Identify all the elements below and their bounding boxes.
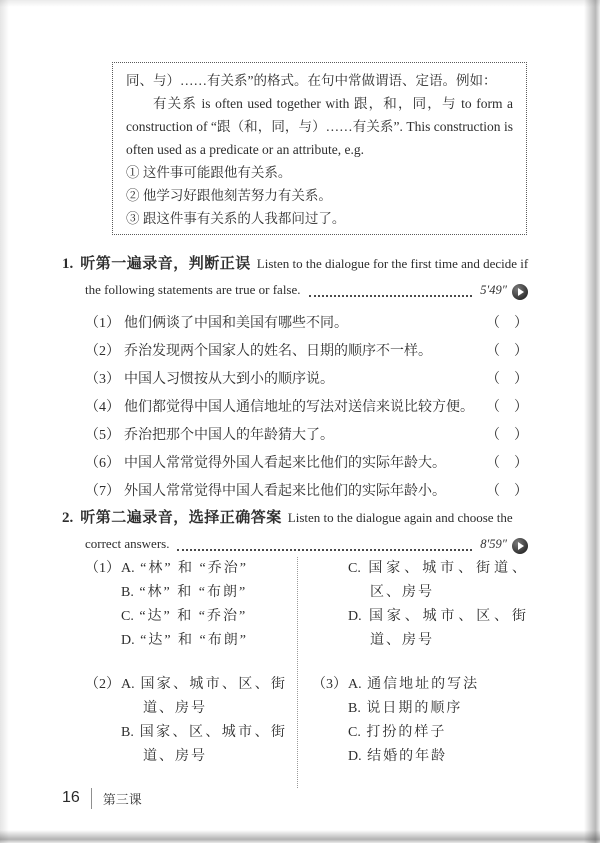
option-letter: B. (121, 725, 134, 740)
dotted-leader (177, 549, 472, 551)
statement-list: （1） 他们俩谈了中国和美国有哪些不同。 （） （2） 乔治发现两个国家人的姓名… (62, 310, 528, 506)
option-letter: C. (348, 725, 361, 740)
option-letter: B. (121, 585, 134, 600)
exercise-title-chinese: 听第一遍录音，判断正误 (80, 251, 251, 276)
answer-blank: （） (486, 338, 528, 366)
answer-blank: （） (486, 310, 528, 338)
grammar-example: ② 他学习好跟他刻苦努力有关系。 (126, 184, 513, 207)
statement-number: （2） (85, 338, 120, 366)
answer-blank: （） (486, 422, 528, 450)
page-footer: 16 第三课 (62, 785, 142, 811)
textbook-page: 同、与）……有关系”的格式。在句中常做谓语、定语。例如： 有关系 is ofte… (0, 0, 600, 843)
page-number: 16 (62, 789, 80, 807)
option-letter: A. (348, 677, 362, 692)
option-text: “林” 和 “布朗” (139, 585, 247, 600)
statement-row: （6） 中国人常常觉得外国人看起来比他们的实际年龄大。 （） (85, 450, 528, 478)
dotted-leader (309, 295, 473, 297)
choice-column-right: C. 国家、城市、街道、区、房号 D. 国家、城市、区、街道、房号 （3） A.… (298, 557, 528, 788)
grammar-note-box: 同、与）……有关系”的格式。在句中常做谓语、定语。例如： 有关系 is ofte… (112, 62, 527, 235)
statement-row: （4） 他们都觉得中国人通信地址的写法对送信来说比较方便。 （） (85, 394, 528, 422)
option-letter: C. (348, 561, 361, 576)
grammar-example: ③ 跟这件事有关系的人我都问过了。 (126, 207, 513, 230)
statement-row: （7） 外国人常常觉得中国人看起来比他们的实际年龄小。 （） (85, 478, 528, 506)
question-1: （1） A. “林” 和 “乔治” B. “林” 和 “布朗” C. “达” 和… (85, 557, 287, 653)
exercise-1-header-line2: the following statements are true or fal… (62, 277, 528, 303)
statement-text: 他们都觉得中国人通信地址的写法对送信来说比较方便。 (124, 394, 474, 422)
statement-text: 乔治把那个中国人的年龄猜大了。 (124, 422, 334, 450)
exercise-title-english-cont: the following statements are true or fal… (85, 277, 301, 302)
option-text: 通信地址的写法 (367, 677, 479, 692)
statement-number: （7） (85, 478, 120, 506)
exercise-title-english-cont: correct answers. (85, 531, 169, 556)
option: B. 国家、区、城市、街道、房号 (121, 721, 287, 769)
statement-number: （1） (85, 310, 120, 338)
exercise-number: 1. (62, 252, 73, 277)
option-letter: D. (348, 749, 362, 764)
question-3: （3） A. 通信地址的写法 B. 说日期的顺序 C. 打扮的样子 D. 结婚的… (312, 673, 528, 769)
question-label: （2） (85, 673, 121, 769)
statement-number: （5） (85, 422, 120, 450)
option: B. “林” 和 “布朗” (121, 581, 287, 605)
page-edge-top (0, 0, 600, 7)
choice-column-left: （1） A. “林” 和 “乔治” B. “林” 和 “布朗” C. “达” 和… (85, 557, 298, 788)
play-icon[interactable] (512, 538, 528, 554)
grammar-intro-line: 同、与）……有关系”的格式。在句中常做谓语、定语。例如： (126, 69, 513, 92)
option: D. 结婚的年龄 (348, 745, 528, 769)
option-text: “林” 和 “乔治” (140, 561, 248, 576)
exercise-number: 2. (62, 506, 73, 531)
option: D. 国家、城市、区、街道、房号 (348, 605, 528, 653)
statement-row: （5） 乔治把那个中国人的年龄猜大了。 （） (85, 422, 528, 450)
statement-number: （6） (85, 450, 120, 478)
page-edge-bottom (0, 830, 600, 843)
option: A. “林” 和 “乔治” (121, 557, 287, 581)
exercise-2-header: 2. 听第二遍录音，选择正确答案 Listen to the dialogue … (62, 505, 528, 531)
grammar-example: ① 这件事可能跟他有关系。 (126, 161, 513, 184)
option: C. “达” 和 “乔治” (121, 605, 287, 629)
page-edge-right (584, 0, 600, 843)
statement-text: 外国人常常觉得中国人看起来比他们的实际年龄小。 (124, 478, 446, 506)
page-edge-left (0, 0, 9, 843)
lesson-title: 第三课 (103, 789, 142, 808)
statement-text: 他们俩谈了中国和美国有哪些不同。 (124, 310, 348, 338)
option: C. 国家、城市、街道、区、房号 (348, 557, 528, 605)
audio-duration: 8′59″ (480, 532, 507, 557)
question-label: （3） (312, 673, 348, 769)
option-text: 说日期的顺序 (366, 701, 462, 716)
footer-divider (91, 788, 92, 809)
option-text: “达” 和 “乔治” (139, 609, 247, 624)
statement-number: （3） (85, 366, 120, 394)
exercise-title-english: Listen to the dialogue for the first tim… (257, 251, 528, 276)
statement-text: 乔治发现两个国家人的姓名、日期的顺序不一样。 (124, 338, 432, 366)
question-label: （1） (85, 557, 121, 653)
option-text: 结婚的年龄 (367, 749, 447, 764)
option-letter: D. (121, 633, 135, 648)
option: C. 打扮的样子 (348, 721, 528, 745)
answer-blank: （） (486, 366, 528, 394)
option-letter: D. (348, 609, 362, 624)
exercise-1: 1. 听第一遍录音，判断正误 Listen to the dialogue fo… (62, 251, 528, 506)
question-2-part2: C. 国家、城市、街道、区、房号 D. 国家、城市、区、街道、房号 (312, 557, 528, 653)
option-text: 国家、城市、区、街道、房号 (140, 677, 287, 716)
option: A. 国家、城市、区、街道、房号 (121, 673, 287, 721)
statement-text: 中国人常常觉得外国人看起来比他们的实际年龄大。 (124, 450, 446, 478)
option-letter: A. (121, 677, 135, 692)
option-text: 国家、区、城市、街道、房号 (140, 725, 287, 764)
answer-blank: （） (486, 478, 528, 506)
grammar-explanation: 有关系 is often used together with 跟，和，同，与 … (126, 92, 513, 161)
statement-row: （1） 他们俩谈了中国和美国有哪些不同。 （） (85, 310, 528, 338)
exercise-title-english: Listen to the dialogue again and choose … (288, 505, 513, 530)
statement-text: 中国人习惯按从大到小的顺序说。 (124, 366, 334, 394)
play-icon[interactable] (512, 284, 528, 300)
option: A. 通信地址的写法 (348, 673, 528, 697)
audio-duration: 5′49″ (480, 278, 507, 303)
option-letter: B. (348, 701, 361, 716)
option: D. “达” 和 “布朗” (121, 629, 287, 653)
statement-row: （3） 中国人习惯按从大到小的顺序说。 （） (85, 366, 528, 394)
statement-row: （2） 乔治发现两个国家人的姓名、日期的顺序不一样。 （） (85, 338, 528, 366)
exercise-2: 2. 听第二遍录音，选择正确答案 Listen to the dialogue … (62, 505, 528, 557)
statement-number: （4） (85, 394, 120, 422)
choice-area: （1） A. “林” 和 “乔治” B. “林” 和 “布朗” C. “达” 和… (85, 557, 528, 788)
exercise-title-chinese: 听第二遍录音，选择正确答案 (80, 505, 282, 530)
option-text: 国家、城市、区、街道、房号 (369, 609, 528, 648)
option-text: “达” 和 “布朗” (140, 633, 248, 648)
answer-blank: （） (486, 450, 528, 478)
exercise-2-header-line2: correct answers. 8′59″ (62, 531, 528, 557)
option-letter: C. (121, 609, 134, 624)
question-label-spacer (312, 557, 348, 653)
option-letter: A. (121, 561, 135, 576)
question-2-part1: （2） A. 国家、城市、区、街道、房号 B. 国家、区、城市、街道、房号 (85, 673, 287, 769)
exercise-1-header: 1. 听第一遍录音，判断正误 Listen to the dialogue fo… (62, 251, 528, 277)
option: B. 说日期的顺序 (348, 697, 528, 721)
option-text: 打扮的样子 (366, 725, 446, 740)
answer-blank: （） (486, 394, 528, 422)
option-text: 国家、城市、街道、区、房号 (368, 561, 528, 600)
